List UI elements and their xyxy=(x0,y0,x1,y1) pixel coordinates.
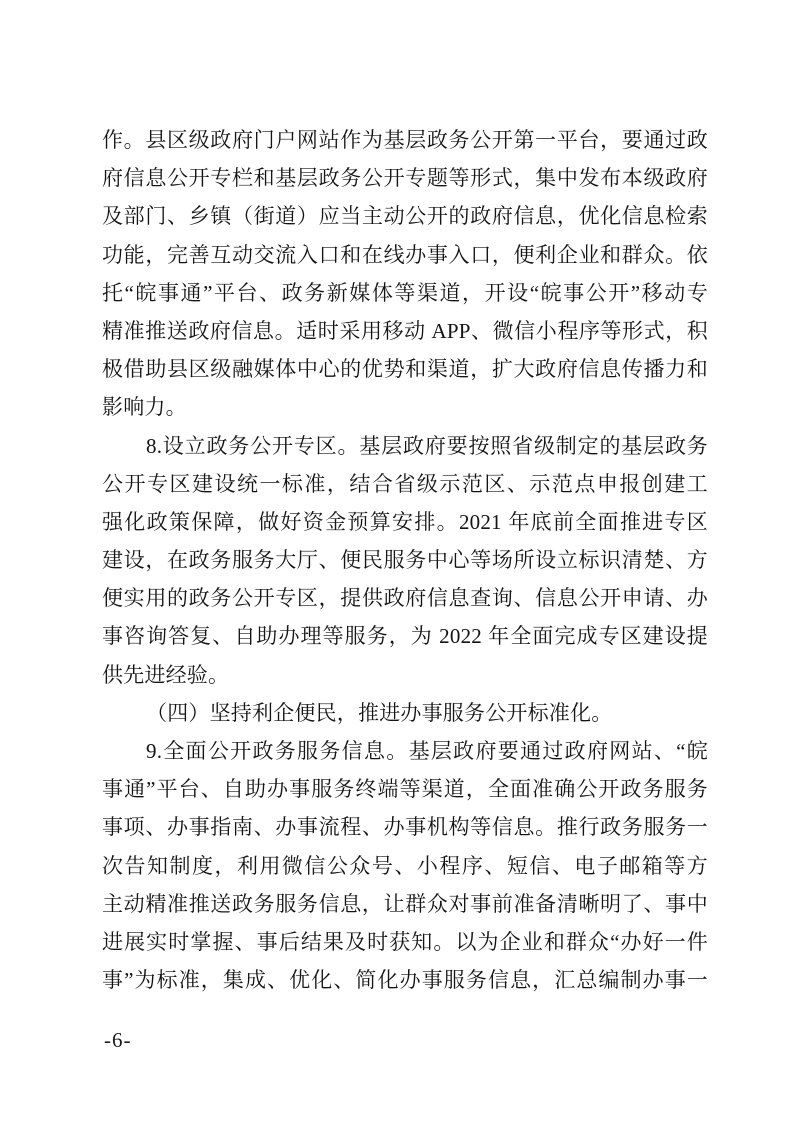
text-line: 便实用的政务公开专区，提供政府信息查询、信息公开申请、办 xyxy=(102,579,708,617)
document-body: 作。县区级政府门户网站作为基层政务公开第一平台，要通过政 府信息公开专栏和基层政… xyxy=(102,121,708,999)
text-line: 作。县区级政府门户网站作为基层政务公开第一平台，要通过政 xyxy=(102,121,708,159)
text-line: 进展实时掌握、事后结果及时获知。以为企业和群众“办好一件 xyxy=(102,923,708,961)
text-line: 托“皖事通”平台、政务新媒体等渠道，开设“皖事公开”移动专区， xyxy=(102,274,708,312)
paragraph-start-line-item-8: 8.设立政务公开专区。基层政府要按照省级制定的基层政务 xyxy=(102,427,708,465)
text-line: 及部门、乡镇（街道）应当主动公开的政府信息，优化信息检索 xyxy=(102,197,708,235)
paragraph-end-line: 供先进经验。 xyxy=(102,656,708,694)
text-line: 事通”平台、自助办事服务终端等渠道，全面准确公开政务服务 xyxy=(102,770,708,808)
text-line: 事项、办事指南、办事流程、办事机构等信息。推行政务服务一 xyxy=(102,808,708,846)
paragraph-end-line: 影响力。 xyxy=(102,388,708,426)
text-line: 精准推送政府信息。适时采用移动 APP、微信小程序等形式，积 xyxy=(102,312,708,350)
text-line: 主动精准推送政务服务信息，让群众对事前准备清晰明了、事中 xyxy=(102,885,708,923)
text-line: 事”为标准，集成、优化、简化办事服务信息，汇总编制办事一 xyxy=(102,961,708,999)
text-line: 建设，在政务服务大厅、便民服务中心等场所设立标识清楚、方 xyxy=(102,541,708,579)
document-page: 作。县区级政府门户网站作为基层政务公开第一平台，要通过政 府信息公开专栏和基层政… xyxy=(0,0,793,1122)
text-line: 极借助县区级融媒体中心的优势和渠道，扩大政府信息传播力和 xyxy=(102,350,708,388)
paragraph-start-line-item-9: 9.全面公开政务服务信息。基层政府要通过政府网站、“皖 xyxy=(102,732,708,770)
section-heading-line: （四）坚持利企便民，推进办事服务公开标准化。 xyxy=(102,694,708,732)
text-line: 事咨询答复、自助办理等服务，为 2022 年全面完成专区建设提 xyxy=(102,617,708,655)
page-number: -6- xyxy=(104,1026,132,1054)
text-line: 次告知制度，利用微信公众号、小程序、短信、电子邮箱等方式， xyxy=(102,847,708,885)
text-line: 功能，完善互动交流入口和在线办事入口，便利企业和群众。依 xyxy=(102,236,708,274)
text-line: 府信息公开专栏和基层政务公开专题等形式，集中发布本级政府 xyxy=(102,159,708,197)
text-line: 公开专区建设统一标准，结合省级示范区、示范点申报创建工作， xyxy=(102,465,708,503)
text-line: 强化政策保障，做好资金预算安排。2021 年底前全面推进专区 xyxy=(102,503,708,541)
